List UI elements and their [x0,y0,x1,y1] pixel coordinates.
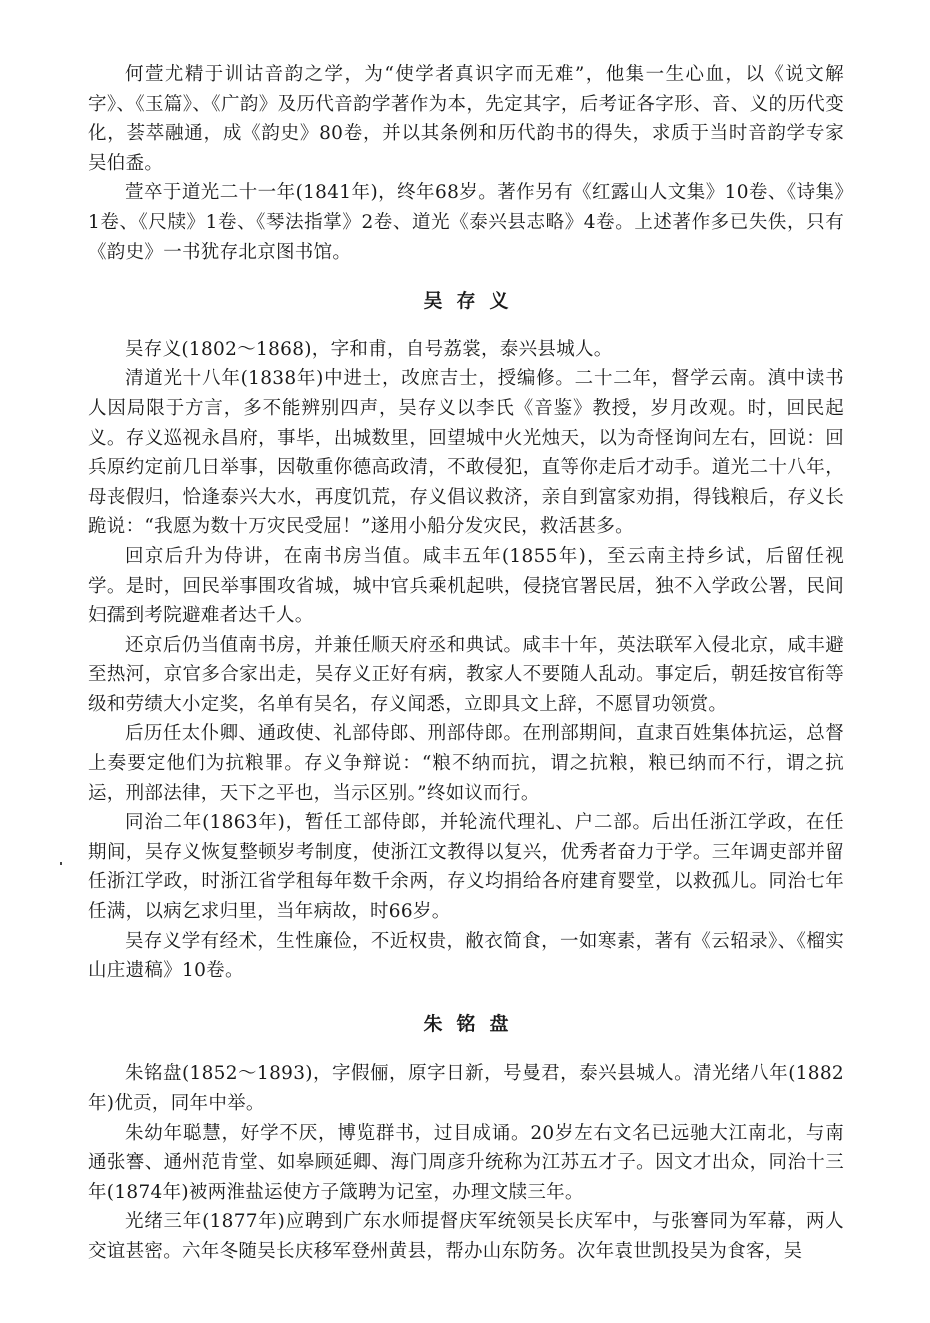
body-paragraph: 吴存义(1802～1868)，字和甫，自号荔裳，泰兴县城人。 [88,335,844,365]
section-heading: 吴存义 [88,287,844,317]
body-paragraph: 后历任太仆卿、通政使、礼部侍郎、刑部侍郎。在刑部期间，直隶百姓集体抗运，总督上奏… [88,719,844,808]
body-paragraph: 朱幼年聪慧，好学不厌，博览群书，过目成诵。20岁左右文名已远驰大江南北，与南通张… [88,1119,844,1208]
body-paragraph: 回京后升为侍讲，在南书房当值。咸丰五年(1855年)，至云南主持乡试，后留任视学… [88,542,844,631]
body-paragraph: 朱铭盘(1852～1893)，字假俪，原字日新，号曼君，泰兴县城人。清光绪八年(… [88,1059,844,1118]
body-paragraph: 同治二年(1863年)，暂任工部侍郎，并轮流代理礼、户二部。后出任浙江学政，在任… [88,808,844,926]
body-paragraph: 吴存义学有经术，生性廉俭，不近权贵，敝衣简食，一如寒素，著有《云轺录》、《榴实山… [88,927,844,986]
document-page: 何萱尤精于训诂音韵之学，为“使学者真识字而无难”，他集一生心血，以《说文解字》、… [88,60,844,1267]
body-paragraph: 光绪三年(1877年)应聘到广东水师提督庆军统领吴长庆军中，与张謇同为军幕，两人… [88,1207,844,1266]
intro-paragraph: 萱卒于道光二十一年(1841年)，终年68岁。著作另有《红露山人文集》10卷、《… [88,178,844,267]
section-heading: 朱铭盘 [88,1010,844,1040]
scan-speck [60,862,62,865]
body-paragraph: 清道光十八年(1838年)中进士，改庶吉士，授编修。二十二年，督学云南。滇中读书… [88,364,844,542]
body-paragraph: 还京后仍当值南书房，并兼任顺天府丞和典试。咸丰十年，英法联军入侵北京，咸丰避至热… [88,631,844,720]
intro-paragraph: 何萱尤精于训诂音韵之学，为“使学者真识字而无难”，他集一生心血，以《说文解字》、… [88,60,844,178]
